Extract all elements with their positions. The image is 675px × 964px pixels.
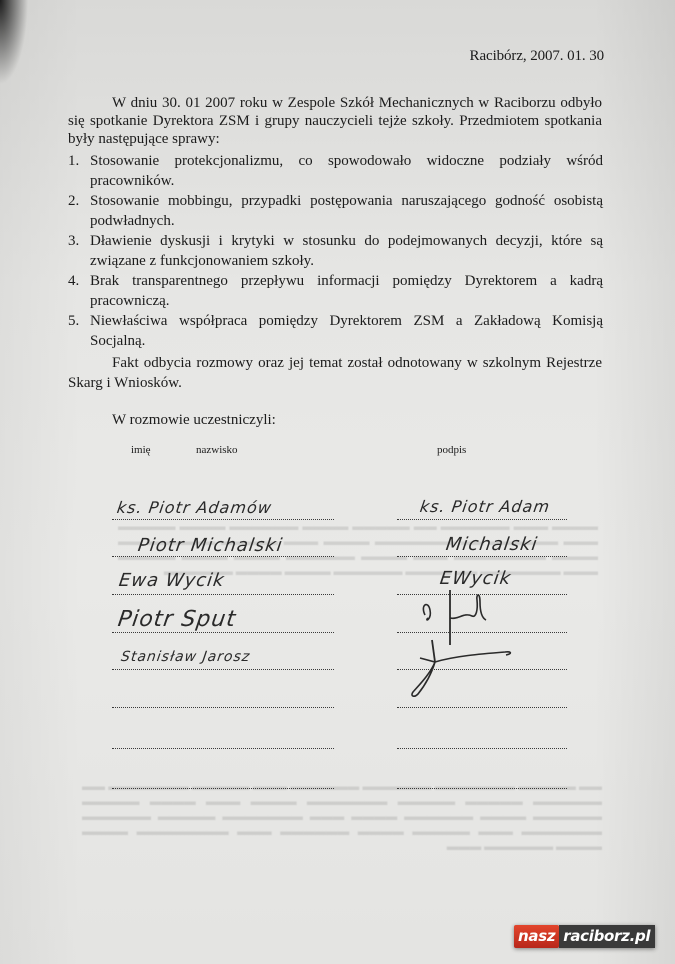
site-watermark: nasz raciborz.pl xyxy=(514,925,655,948)
signature-row-line xyxy=(397,707,567,708)
signature-row-line xyxy=(112,556,334,557)
list-item: 2.Stosowanie mobbingu, przypadki postępo… xyxy=(68,191,603,231)
item-text: Brak transparentnego przepływu informacj… xyxy=(90,273,603,309)
handwritten-name: ks. Piotr Adamów xyxy=(116,498,274,517)
signature-row-line xyxy=(112,632,334,633)
watermark-logo-part1: nasz xyxy=(514,925,559,948)
handwritten-name: Piotr Michalski xyxy=(137,535,285,556)
handwritten-name: Stanisław Jarosz xyxy=(120,649,251,665)
signature-row-line xyxy=(112,594,334,595)
item-number: 1. xyxy=(68,151,79,171)
signature-row-line xyxy=(397,669,567,670)
signature-row-line xyxy=(112,669,334,670)
signature-row-line xyxy=(397,556,567,557)
intro-text: W dniu 30. 01 2007 roku w Zespole Szkół … xyxy=(68,95,602,147)
place-date: Racibórz, 2007. 01. 30 xyxy=(470,48,604,65)
handwritten-name: Ewa Wycik xyxy=(118,570,227,591)
item-text: Dławienie dyskusji i krytyki w stosunku … xyxy=(90,233,603,269)
issues-list: 1.Stosowanie protekcjonalizmu, co spowod… xyxy=(68,151,603,351)
item-number: 2. xyxy=(68,191,79,211)
item-text: Stosowanie protekcjonalizmu, co spowodow… xyxy=(90,153,603,189)
item-text: Niewłaściwa współpraca pomiędzy Dyrektor… xyxy=(90,313,603,349)
signature-row-line xyxy=(112,707,334,708)
signature-row-line xyxy=(397,632,567,633)
watermark-logo-part2: raciborz.pl xyxy=(559,925,655,948)
list-item: 3.Dławienie dyskusji i krytyki w stosunk… xyxy=(68,231,603,271)
signature-row-line xyxy=(397,788,567,789)
fact-text: Fakt odbycia rozmowy oraz jej temat zost… xyxy=(68,355,602,391)
item-number: 3. xyxy=(68,231,79,251)
list-item: 1.Stosowanie protekcjonalizmu, co spowod… xyxy=(68,151,603,191)
signature-scrawl-icon xyxy=(410,640,560,700)
handwritten-name: Piotr Sput xyxy=(116,607,238,632)
item-number: 5. xyxy=(68,311,79,331)
item-number: 4. xyxy=(68,271,79,291)
column-last-name: nazwisko xyxy=(196,444,238,456)
signature-row-line xyxy=(397,748,567,749)
intro-paragraph: W dniu 30. 01 2007 roku w Zespole Szkół … xyxy=(68,94,602,148)
participants-heading: W rozmowie uczestniczyli: xyxy=(112,412,276,429)
signature-row-line xyxy=(397,519,567,520)
signature-row-line xyxy=(112,748,334,749)
document-page: Racibórz, 2007. 01. 30 W dniu 30. 01 200… xyxy=(0,0,675,964)
signature-row-line xyxy=(112,788,334,789)
handwritten-signature: Michalski xyxy=(445,534,540,555)
list-item: 5.Niewłaściwa współpraca pomiędzy Dyrekt… xyxy=(68,311,603,351)
fact-paragraph: Fakt odbycia rozmowy oraz jej temat zost… xyxy=(68,353,602,393)
column-signature: podpis xyxy=(437,444,466,456)
handwritten-signature: EWycik xyxy=(439,568,513,589)
handwritten-signature: ks. Piotr Adam xyxy=(419,497,552,516)
list-item: 4.Brak transparentnego przepływu informa… xyxy=(68,271,603,311)
signature-row-line xyxy=(112,519,334,520)
column-first-name: imię xyxy=(131,444,151,456)
item-text: Stosowanie mobbingu, przypadki postępowa… xyxy=(90,193,603,229)
